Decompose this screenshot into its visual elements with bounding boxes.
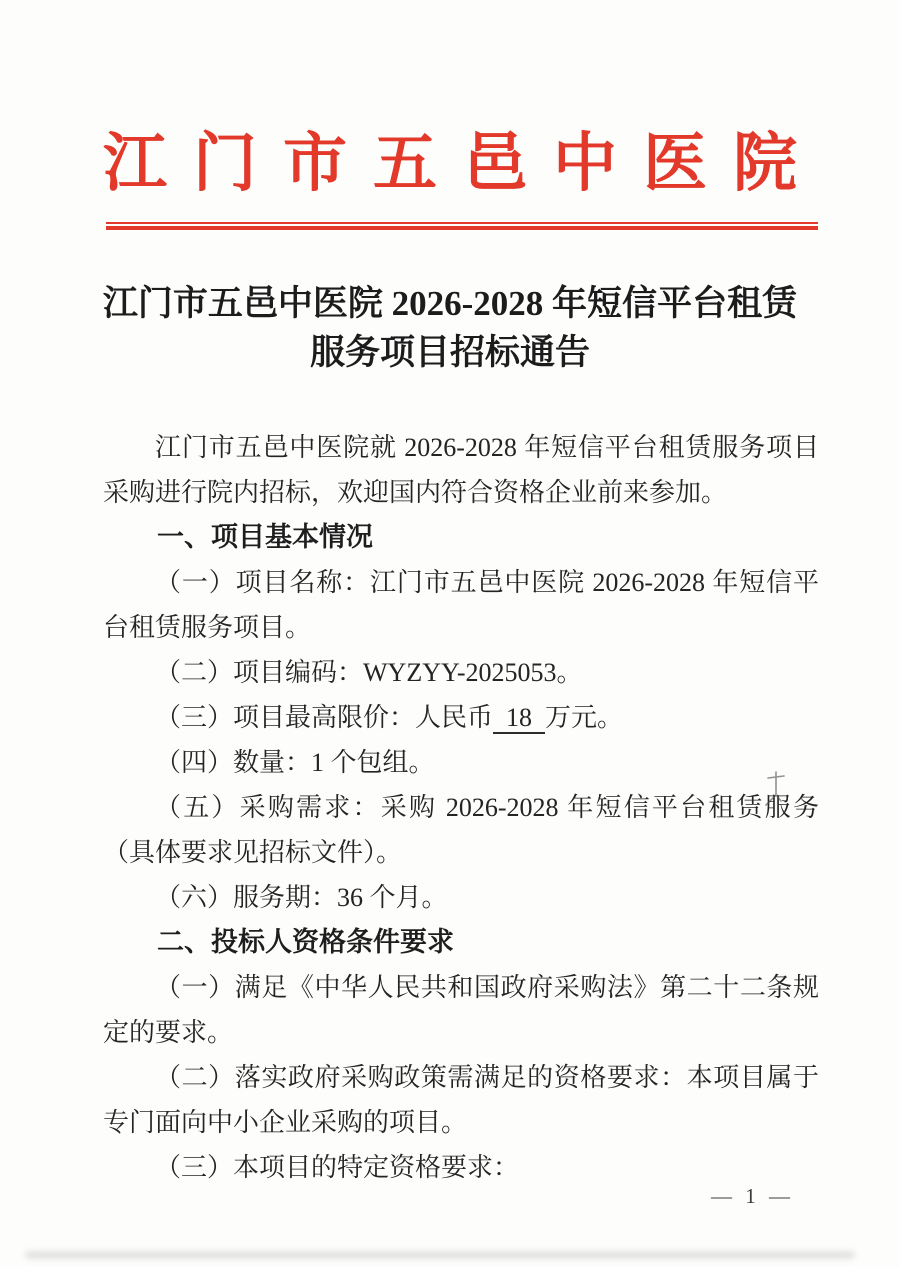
section-2-heading: 二、投标人资格条件要求 [103,920,819,965]
stray-pen-mark-artifact [764,770,788,811]
bottom-scan-smudge-artifact [25,1251,855,1259]
section1-item-quantity: （四）数量：1 个包组。 [103,740,819,785]
intro-paragraph: 江门市五邑中医院就 2026-2028 年短信平台租赁服务项目采购进行院内招标，… [103,425,819,515]
document-body: 江门市五邑中医院就 2026-2028 年短信平台租赁服务项目采购进行院内招标，… [103,425,819,1190]
section2-item-law-requirement: （一）满足《中华人民共和国政府采购法》第二十二条规定的要求。 [103,965,819,1055]
letterhead-hospital-name: 江门市五邑中医院 [0,124,900,204]
max-price-underlined-value: 18 [493,703,545,734]
page-number: — 1 — [711,1184,794,1209]
document-title: 江门市五邑中医院 2026-2028 年短信平台租赁 服务项目招标通告 [40,279,860,377]
section1-item-service-period: （六）服务期：36 个月。 [103,875,819,920]
section1-item-max-price: （三）项目最高限价：人民币18万元。 [103,695,819,740]
letterhead-rule [106,222,818,230]
letterhead-rule-thick-line [106,226,818,230]
max-price-suffix: 万元。 [545,703,623,732]
section1-item-procurement-demand: （五）采购需求：采购 2026-2028 年短信平台租赁服务（具体要求见招标文件… [103,785,819,875]
section1-item-project-code: （二）项目编码：WYZYY-2025053。 [103,650,819,695]
section-1-heading: 一、项目基本情况 [103,515,819,560]
letterhead-rule-thin-line [106,222,818,224]
section1-item-project-name: （一）项目名称：江门市五邑中医院 2026-2028 年短信平台租赁服务项目。 [103,560,819,650]
pen-scribble-icon [764,770,788,806]
max-price-prefix: （三）项目最高限价：人民币 [155,703,493,732]
scanned-document-page: 江门市五邑中医院 江门市五邑中医院 2026-2028 年短信平台租赁 服务项目… [0,0,900,1267]
section2-item-policy-requirement: （二）落实政府采购政策需满足的资格要求：本项目属于专门面向中小企业采购的项目。 [103,1055,819,1145]
